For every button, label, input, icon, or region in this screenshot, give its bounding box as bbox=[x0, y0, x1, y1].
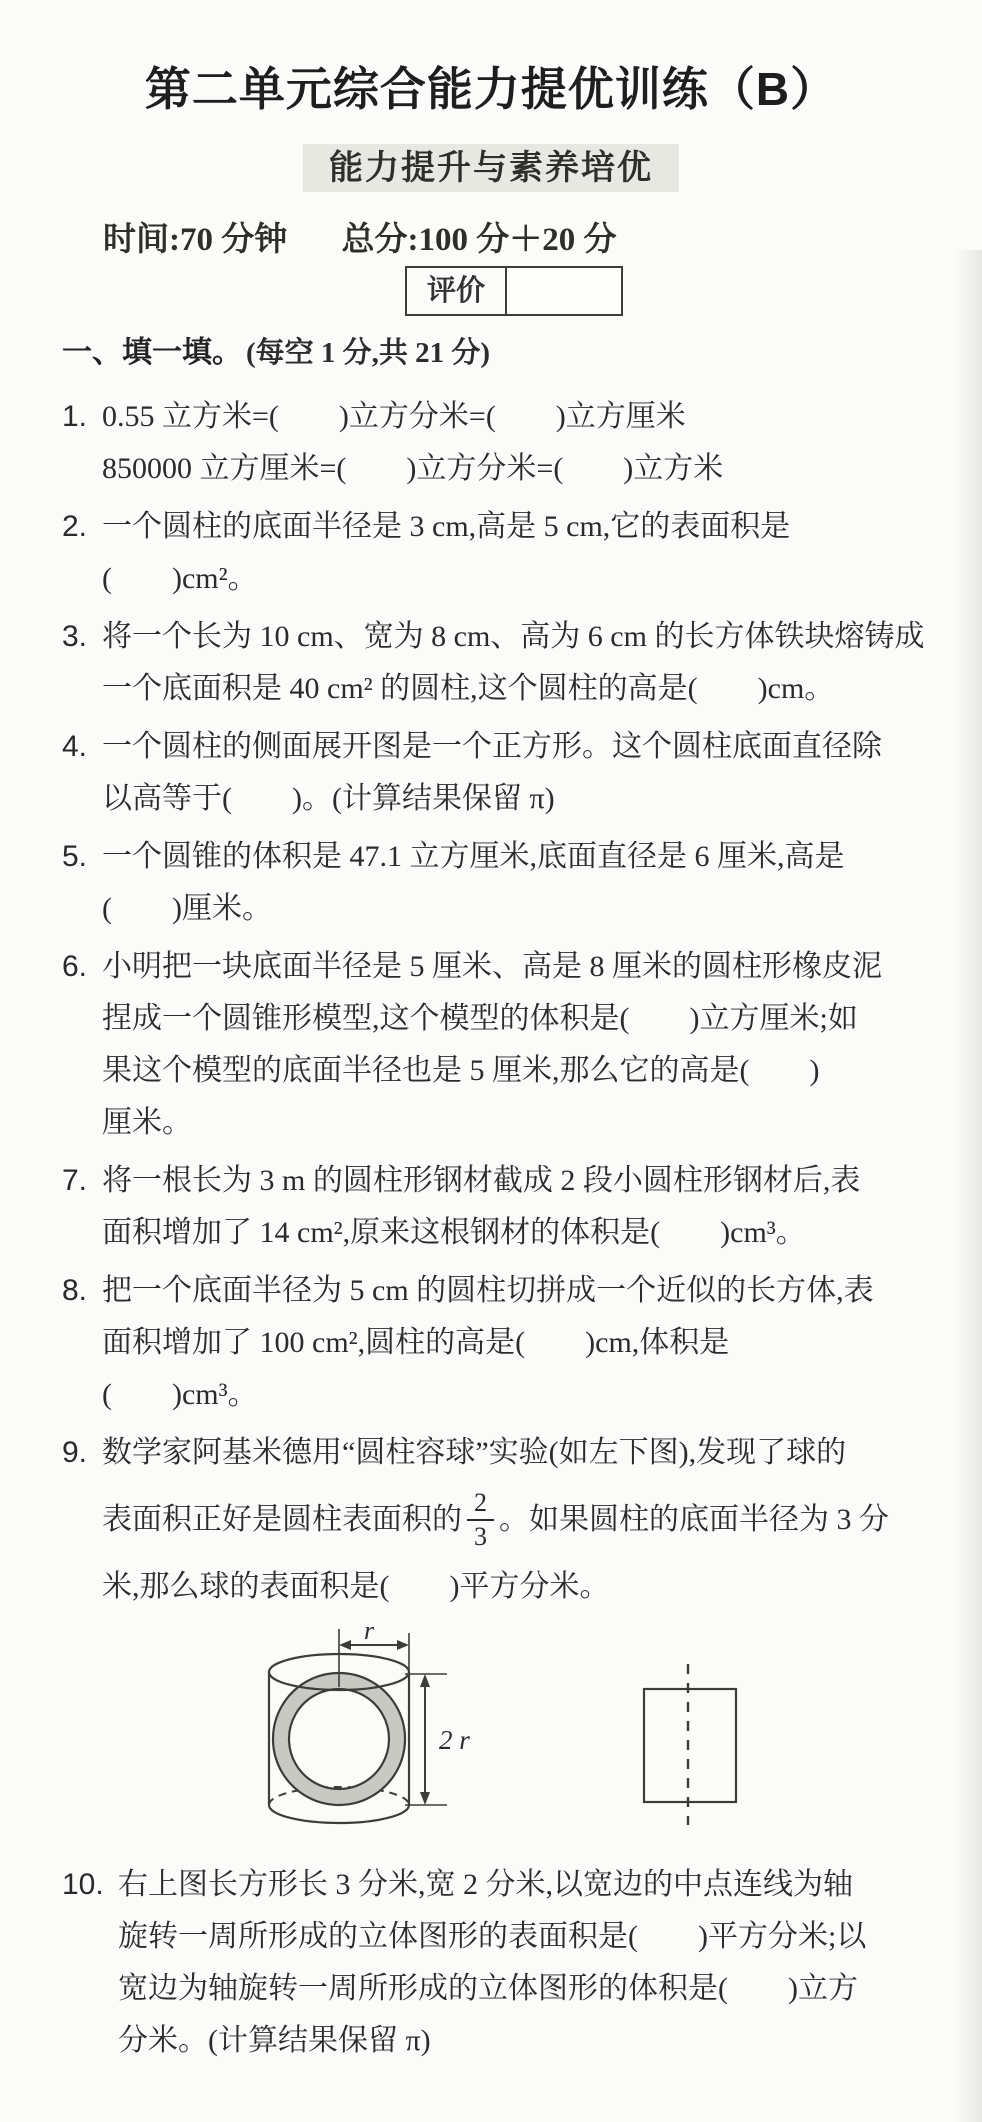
question-line: 分米。(计算结果保留 π) bbox=[118, 2015, 936, 2067]
question-number: 6. bbox=[62, 941, 87, 993]
question-4: 4. 一个圆柱的侧面展开图是一个正方形。这个圆柱底面直径除 以高等于( )。(计… bbox=[62, 721, 936, 825]
subtitle-row: 能力提升与素养培优 bbox=[0, 144, 982, 192]
fraction-line-before: 表面积正好是圆柱表面积的 bbox=[102, 1503, 462, 1536]
time-label: 时间:70 分钟 bbox=[103, 222, 287, 258]
question-line: 果这个模型的底面半径也是 5 厘米,那么它的高是( ) bbox=[102, 1045, 936, 1097]
question-line: 把一个底面半径为 5 cm 的圆柱切拼成一个近似的长方体,表 bbox=[102, 1265, 936, 1317]
page-title: 第二单元综合能力提优训练（B） bbox=[0, 56, 982, 122]
section-heading: 一、填一填。(每空 1 分,共 21 分) bbox=[62, 336, 490, 370]
question-number: 5. bbox=[62, 831, 87, 883]
question-2: 2. 一个圆柱的底面半径是 3 cm,高是 5 cm,它的表面积是 ( )cm²… bbox=[62, 501, 936, 605]
question-line: 厘米。 bbox=[102, 1097, 936, 1149]
question-line: ( )厘米。 bbox=[102, 883, 936, 935]
fraction-denominator: 3 bbox=[474, 1521, 487, 1550]
scan-edge-shadow bbox=[956, 250, 982, 2122]
question-1: 1. 0.55 立方米=( )立方分米=( )立方厘米 850000 立方厘米=… bbox=[62, 391, 936, 495]
rectangle-figure bbox=[622, 1627, 772, 1845]
evaluation-blank-cell bbox=[507, 266, 623, 316]
fraction-line-after: 。如果圆柱的底面半径为 3 分 bbox=[499, 1503, 889, 1536]
fraction-numerator: 2 bbox=[467, 1490, 494, 1521]
question-line: 一个圆锥的体积是 47.1 立方厘米,底面直径是 6 厘米,高是 bbox=[102, 831, 936, 883]
diameter-label: 2 r bbox=[439, 1725, 470, 1755]
question-8: 8. 把一个底面半径为 5 cm 的圆柱切拼成一个近似的长方体,表 面积增加了 … bbox=[62, 1265, 936, 1421]
question-line: ( )cm²。 bbox=[102, 553, 936, 605]
figures: r 2 r bbox=[62, 1619, 936, 1853]
question-line: 将一根长为 3 m 的圆柱形钢材截成 2 段小圆柱形钢材后,表 bbox=[102, 1155, 936, 1207]
question-10: 10. 右上图长方形长 3 分米,宽 2 分米,以宽边的中点连线为轴 旋转一周所… bbox=[62, 1859, 936, 2067]
question-6: 6. 小明把一块底面半径是 5 厘米、高是 8 厘米的圆柱形橡皮泥 捏成一个圆锥… bbox=[62, 941, 936, 1149]
question-5: 5. 一个圆锥的体积是 47.1 立方厘米,底面直径是 6 厘米,高是 ( )厘… bbox=[62, 831, 936, 935]
question-line: 一个圆柱的底面半径是 3 cm,高是 5 cm,它的表面积是 bbox=[102, 501, 936, 553]
question-line: 捏成一个圆锥形模型,这个模型的体积是( )立方厘米;如 bbox=[102, 993, 936, 1045]
questions-list: 1. 0.55 立方米=( )立方分米=( )立方厘米 850000 立方厘米=… bbox=[62, 391, 936, 2073]
question-line: 旋转一周所形成的立体图形的表面积是( )平方分米;以 bbox=[118, 1911, 936, 1963]
fraction-two-thirds: 23 bbox=[467, 1490, 494, 1550]
radius-label: r bbox=[364, 1627, 375, 1645]
question-line: 米,那么球的表面积是( )平方分米。 bbox=[102, 1561, 936, 1613]
evaluation-label: 评价 bbox=[405, 266, 507, 316]
question-line: 一个底面积是 40 cm² 的圆柱,这个圆柱的高是( )cm。 bbox=[102, 663, 936, 715]
question-line: 以高等于( )。(计算结果保留 π) bbox=[102, 773, 936, 825]
question-9: 9. 数学家阿基米德用“圆柱容球”实验(如左下图),发现了球的 表面积正好是圆柱… bbox=[62, 1427, 936, 1613]
question-number: 9. bbox=[62, 1427, 87, 1479]
cylinder-sphere-figure: r 2 r bbox=[257, 1627, 527, 1845]
total-score-label: 总分:100 分＋20 分 bbox=[342, 222, 617, 258]
question-7: 7. 将一根长为 3 m 的圆柱形钢材截成 2 段小圆柱形钢材后,表 面积增加了… bbox=[62, 1155, 936, 1259]
question-number: 1. bbox=[62, 391, 87, 443]
section-note: (每空 1 分,共 21 分) bbox=[246, 337, 490, 369]
question-number: 7. bbox=[62, 1155, 87, 1207]
question-number: 8. bbox=[62, 1265, 87, 1317]
evaluation-box: 评价 bbox=[405, 266, 623, 316]
question-line: 数学家阿基米德用“圆柱容球”实验(如左下图),发现了球的 bbox=[102, 1427, 936, 1479]
question-line: 面积增加了 14 cm²,原来这根钢材的体积是( )cm³。 bbox=[102, 1207, 936, 1259]
question-number: 3. bbox=[62, 611, 87, 663]
question-3: 3. 将一个长为 10 cm、宽为 8 cm、高为 6 cm 的长方体铁块熔铸成… bbox=[62, 611, 936, 715]
question-line: 面积增加了 100 cm²,圆柱的高是( )cm,体积是 bbox=[102, 1317, 936, 1369]
subtitle-banner: 能力提升与素养培优 bbox=[303, 144, 679, 192]
exam-info: 时间:70 分钟 总分:100 分＋20 分 bbox=[103, 216, 617, 264]
question-line: 宽边为轴旋转一周所形成的立体图形的体积是( )立方 bbox=[118, 1963, 936, 2015]
question-line: 850000 立方厘米=( )立方分米=( )立方米 bbox=[102, 443, 936, 495]
question-number: 10. bbox=[62, 1859, 104, 1911]
question-line: 小明把一块底面半径是 5 厘米、高是 8 厘米的圆柱形橡皮泥 bbox=[102, 941, 936, 993]
sphere-ring bbox=[273, 1673, 405, 1805]
section-title: 一、填一填。 bbox=[62, 336, 242, 369]
question-number: 4. bbox=[62, 721, 87, 773]
question-number: 2. bbox=[62, 501, 87, 553]
question-line: 一个圆柱的侧面展开图是一个正方形。这个圆柱底面直径除 bbox=[102, 721, 936, 773]
worksheet-page: 第二单元综合能力提优训练（B） 能力提升与素养培优 时间:70 分钟 总分:10… bbox=[0, 0, 982, 2122]
question-line: 右上图长方形长 3 分米,宽 2 分米,以宽边的中点连线为轴 bbox=[118, 1859, 936, 1911]
question-line-with-fraction: 表面积正好是圆柱表面积的23。如果圆柱的底面半径为 3 分 bbox=[102, 1479, 936, 1561]
question-line: 将一个长为 10 cm、宽为 8 cm、高为 6 cm 的长方体铁块熔铸成 bbox=[102, 611, 936, 663]
question-line: ( )cm³。 bbox=[102, 1369, 936, 1421]
question-line: 0.55 立方米=( )立方分米=( )立方厘米 bbox=[102, 391, 936, 443]
